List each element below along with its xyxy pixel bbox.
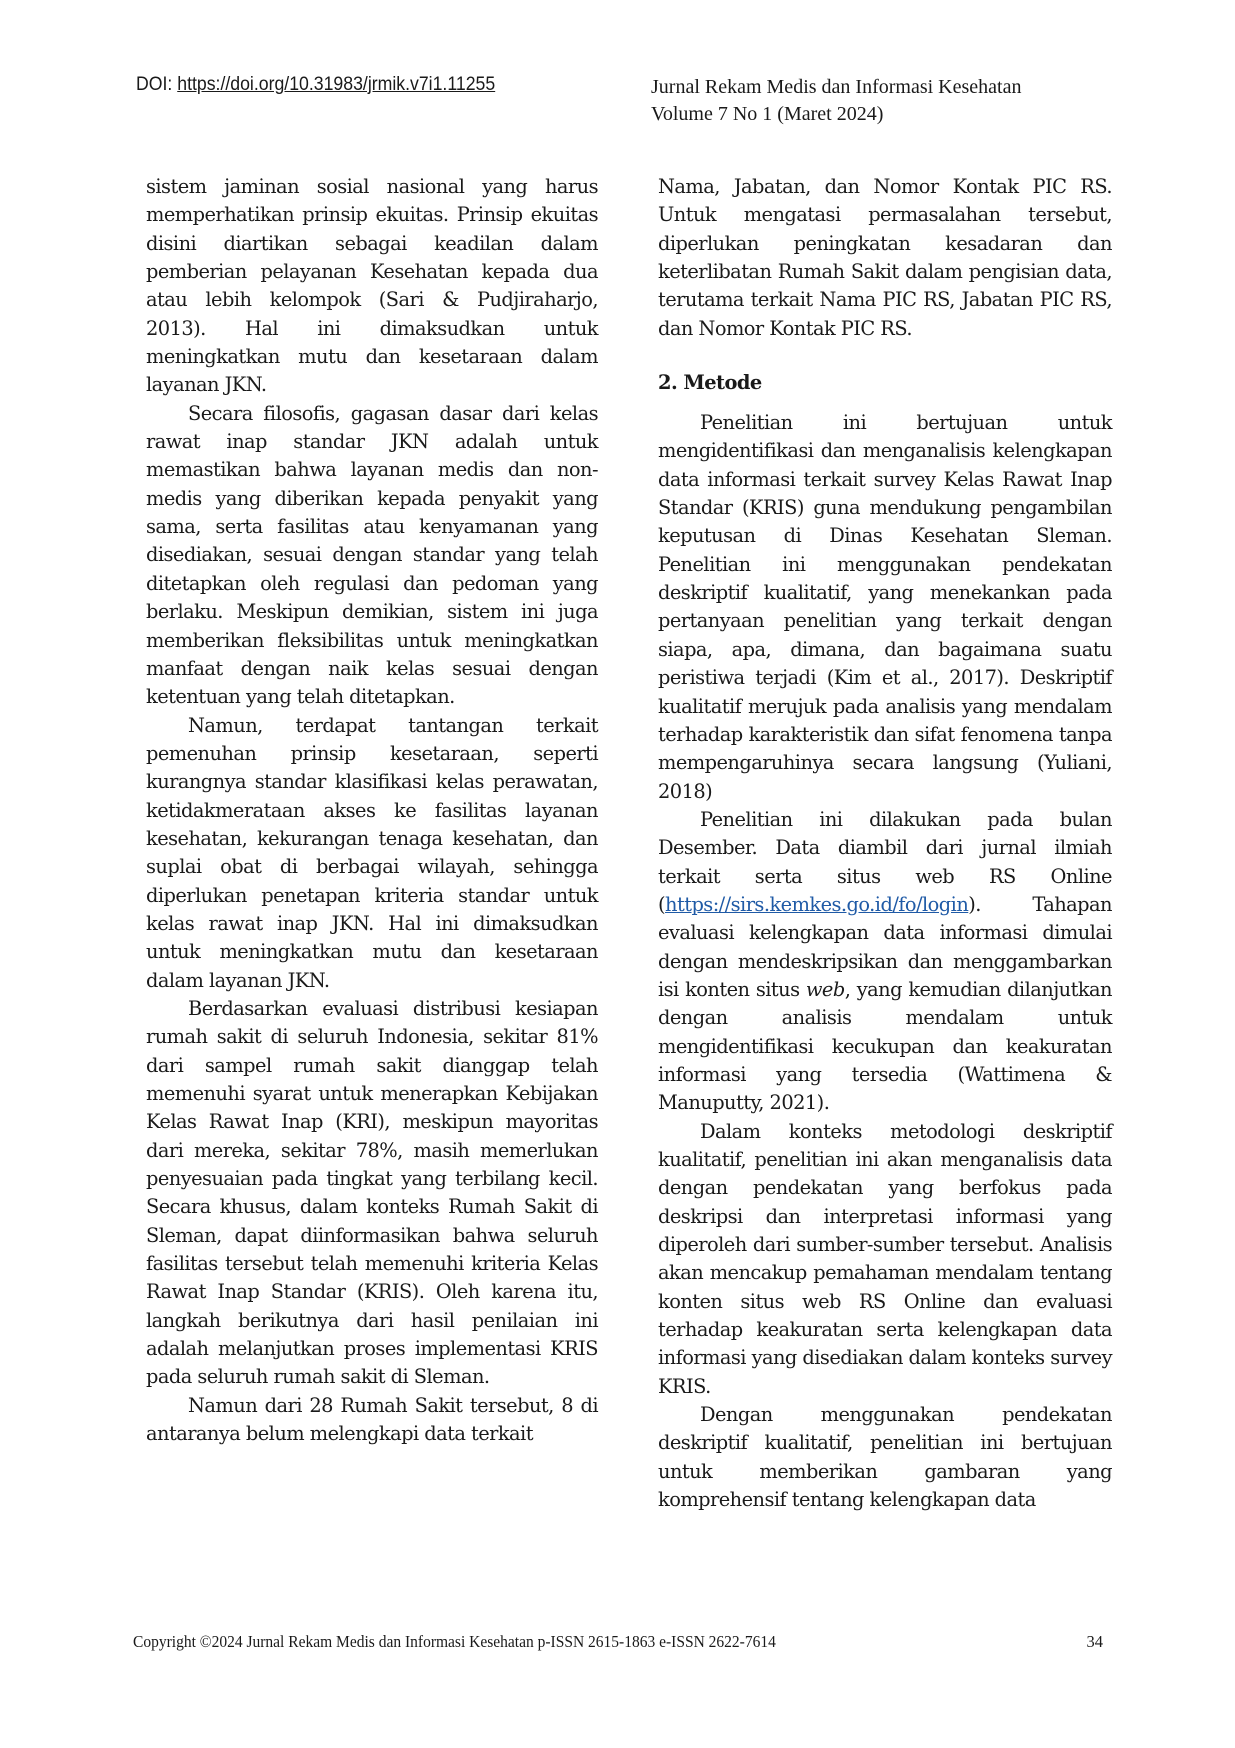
doi-header: DOI: https://doi.org/10.31983/jrmik.v7i1… bbox=[136, 74, 495, 96]
journal-title: Jurnal Rekam Medis dan Informasi Kesehat… bbox=[651, 74, 1021, 101]
paragraph: Namun dari 28 Rumah Sakit tersebut, 8 di… bbox=[146, 1392, 598, 1449]
page-footer: Copyright ©2024 Jurnal Rekam Medis dan I… bbox=[133, 1632, 1103, 1652]
paragraph: Secara filosofis, gagasan dasar dari kel… bbox=[146, 400, 598, 712]
copyright-notice: Copyright ©2024 Jurnal Rekam Medis dan I… bbox=[133, 1632, 776, 1652]
rs-online-link[interactable]: https://sirs.kemkes.go.id/fo/login bbox=[665, 893, 968, 916]
right-column: Nama, Jabatan, dan Nomor Kontak PIC RS. … bbox=[658, 173, 1112, 1514]
italic-term: web bbox=[806, 978, 845, 1001]
paragraph: sistem jaminan sosial nasional yang haru… bbox=[146, 173, 598, 400]
doi-label: DOI: bbox=[136, 74, 177, 95]
section-heading-metode: 2. Metode bbox=[658, 369, 1112, 397]
journal-volume: Volume 7 No 1 (Maret 2024) bbox=[651, 101, 1021, 128]
paragraph: Nama, Jabatan, dan Nomor Kontak PIC RS. … bbox=[658, 173, 1112, 343]
left-column: sistem jaminan sosial nasional yang haru… bbox=[146, 173, 598, 1448]
doi-link[interactable]: https://doi.org/10.31983/jrmik.v7i1.1125… bbox=[177, 74, 495, 95]
paragraph: Penelitian ini bertujuan untuk mengident… bbox=[658, 409, 1112, 806]
paragraph: Dengan menggunakan pendekatan deskriptif… bbox=[658, 1401, 1112, 1514]
paragraph: Dalam konteks metodologi deskriptif kual… bbox=[658, 1118, 1112, 1401]
journal-header: Jurnal Rekam Medis dan Informasi Kesehat… bbox=[651, 74, 1021, 128]
paragraph: Penelitian ini dilakukan pada bulan Dese… bbox=[658, 806, 1112, 1118]
page-number: 34 bbox=[1087, 1632, 1104, 1652]
paragraph: Berdasarkan evaluasi distribusi kesiapan… bbox=[146, 995, 598, 1392]
paragraph: Namun, terdapat tantangan terkait pemenu… bbox=[146, 712, 598, 995]
